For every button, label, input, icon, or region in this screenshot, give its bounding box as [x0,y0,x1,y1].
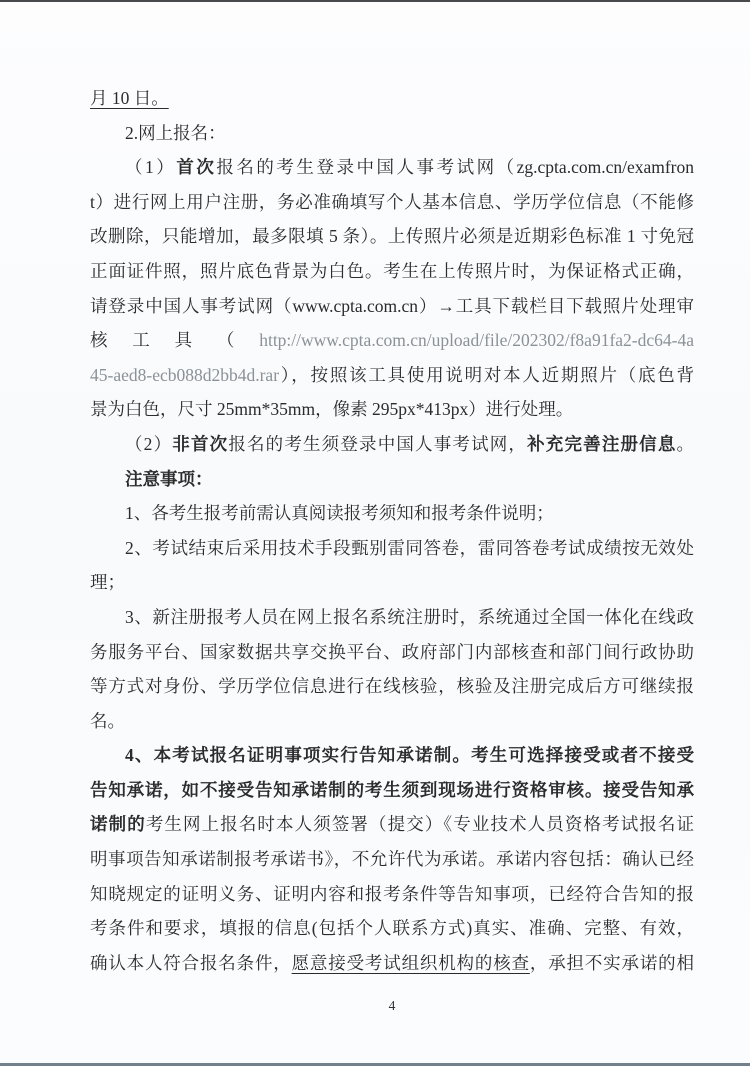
document-line: 请登录中国人事考试网（www.cpta.com.cn）→工具下载栏目下载照片处理… [90,289,694,324]
text-segment: 诺制的 [90,814,146,834]
document-line: 核工具（http://www.cpta.com.cn/upload/file/2… [90,323,694,358]
document-line: 考条件和要求，填报的信息(包括个人联系方式)真实、准确、完整、有效， [90,911,694,946]
document-line: （2）非首次报名的考生须登录中国人事考试网，补充完善注册信息。 [90,427,694,462]
document-line: 告知承诺，如不接受告知承诺制的考生须到现场进行资格审核。接受告知承 [90,773,694,808]
text-segment: 等方式对身份、学历学位信息进行在线核验，核验及注册完成后方可继续报 [90,676,694,696]
text-segment: 补充完善注册信息 [527,434,676,454]
text-segment: （1） [125,157,176,177]
document-line: 1、各考生报考前需认真阅读报考须知和报考条件说明； [90,496,694,531]
document-line: 明事项告知承诺制报考承诺书》，不允许代为承诺。承诺内容包括：确认已经 [90,842,694,877]
text-segment: 请登录中国人事考试网（www.cpta.com.cn）→工具下载栏目下载照片处理… [90,296,694,316]
document-line: 4、本考试报名证明事项实行告知承诺制。考生可选择接受或者不接受 [90,738,694,773]
text-segment: 正面证件照，照片底色背景为白色。考生在上传照片时，为保证格式正确， [90,261,694,281]
text-segment: 考条件和要求，填报的信息(包括个人联系方式)真实、准确、完整、有效， [90,918,694,938]
text-segment: 知晓规定的证明义务、证明内容和报考条件等告知事项，已经符合告知的报 [90,884,694,904]
page-number: 4 [90,998,694,1014]
text-segment: 1、各考生报考前需认真阅读报考须知和报考条件说明； [125,503,554,523]
text-segment: t）进行网上用户注册，务必准确填写个人基本信息、学历学位信息（不能修 [90,192,694,212]
text-segment: 考生网上报名时本人须签署（提交）《专业技术人员资格考试报名证 [146,814,694,834]
document-line: 务服务平台、国家数据共享交换平台、政府部门内部核查和部门间行政协助 [90,635,694,670]
document-line: 2、考试结束后采用技术手段甄别雷同答卷，雷同答卷考试成绩按无效处 [90,531,694,566]
document-line: 正面证件照，照片底色背景为白色。考生在上传照片时，为保证格式正确， [90,254,694,289]
text-segment: 确认本人符合报名条件， [90,953,292,973]
text-segment: 首次 [176,157,216,177]
document-line: 诺制的考生网上报名时本人须签署（提交）《专业技术人员资格考试报名证 [90,807,694,842]
text-segment: 4、本考试报名证明事项实行告知承诺制。考生可选择接受或者不接受 [125,745,694,765]
text-segment: 3、新注册报考人员在网上报名系统注册时，系统通过全国一体化在线政 [125,607,694,627]
text-segment: 名。 [90,711,125,731]
document-line: 知晓规定的证明义务、证明内容和报考条件等告知事项，已经符合告知的报 [90,877,694,912]
text-segment: ，承担不实承诺的相 [530,953,694,973]
text-segment: 务服务平台、国家数据共享交换平台、政府部门内部核查和部门间行政协助 [90,642,694,662]
text-segment: 2.网上报名： [125,123,226,143]
text-segment: 改删除，只能增加，最多限填 5 条）。上传照片必须是近期彩色标准 1 寸免冠 [90,226,694,246]
text-segment: 2、考试结束后采用技术手段甄别雷同答卷，雷同答卷考试成绩按无效处 [125,538,694,558]
document-line: 月 10 日。 [90,81,694,116]
url-text: http://www.cpta.com.cn/upload/file/20230… [259,330,694,350]
document-line: 注意事项： [90,462,694,497]
text-segment: 非首次 [172,434,228,454]
document-line: 等方式对身份、学历学位信息进行在线核验，核验及注册完成后方可继续报 [90,669,694,704]
scanned-document-page: 月 10 日。2.网上报名：（1）首次报名的考生登录中国人事考试网（zg.cpt… [0,0,750,1066]
document-line: 2.网上报名： [90,116,694,151]
document-line: 3、新注册报考人员在网上报名系统注册时，系统通过全国一体化在线政 [90,600,694,635]
text-segment: 明事项告知承诺制报考承诺书》，不允许代为承诺。承诺内容包括：确认已经 [90,849,694,869]
text-segment: 愿意接受考试组织机构的核查 [292,953,530,973]
document-line: （1）首次报名的考生登录中国人事考试网（zg.cpta.com.cn/examf… [90,150,694,185]
document-line: 理； [90,565,694,600]
text-segment: ），按照该工具使用说明对本人近期照片（底色背 [279,365,694,385]
document-line: 改删除，只能增加，最多限填 5 条）。上传照片必须是近期彩色标准 1 寸免冠 [90,219,694,254]
document-line: t）进行网上用户注册，务必准确填写个人基本信息、学历学位信息（不能修 [90,185,694,220]
document-line: 名。 [90,704,694,739]
document-line: 确认本人符合报名条件，愿意接受考试组织机构的核查，承担不实承诺的相 [90,946,694,981]
text-segment: 报名的考生登录中国人事考试网（zg.cpta.com.cn/examfron [216,157,694,177]
text-segment: 月 10 日。 [90,88,169,108]
document-line: 景为白色，尺寸 25mm*35mm，像素 295px*413px）进行处理。 [90,392,694,427]
text-segment: 景为白色，尺寸 25mm*35mm，像素 295px*413px）进行处理。 [90,399,573,419]
text-segment: 。 [677,434,694,454]
text-segment: （2） [125,434,172,454]
scan-edge-top [0,0,750,2]
text-segment: 注意事项： [125,469,213,489]
document-line: 45-aed8-ecb088d2bb4d.rar），按照该工具使用说明对本人近期… [90,358,694,393]
text-segment: 报名的考生须登录中国人事考试网， [228,434,527,454]
text-segment: 告知承诺，如不接受告知承诺制的考生须到现场进行资格审核。接受告知承 [90,780,694,800]
url-text: 45-aed8-ecb088d2bb4d.rar [90,365,279,385]
text-segment: 理； [90,572,125,592]
document-text-block: 月 10 日。2.网上报名：（1）首次报名的考生登录中国人事考试网（zg.cpt… [90,81,694,980]
text-segment: 核工具（ [90,330,259,350]
